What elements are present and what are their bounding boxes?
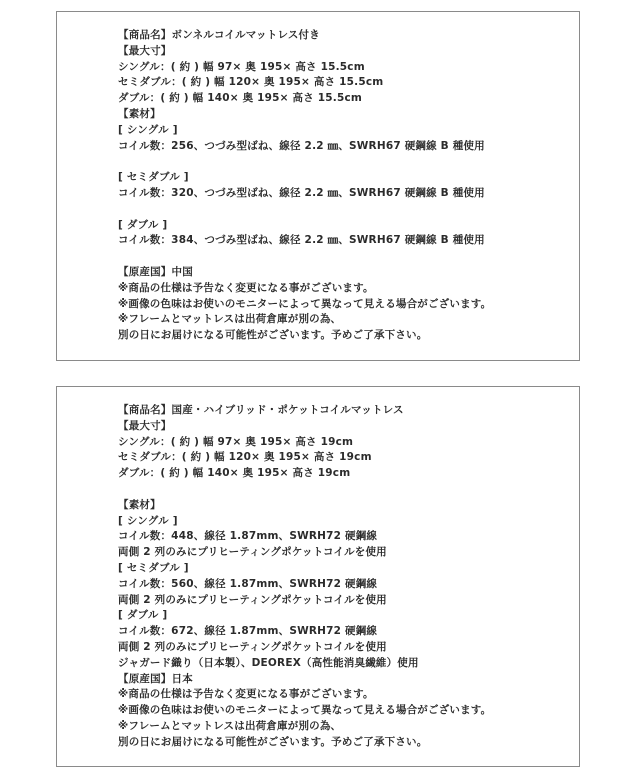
max-dimensions-header: 【最大寸】 [118,419,563,435]
dimension-double: ダブル：( 約 ) 幅 140× 奥 195× 高さ 15.5cm [118,91,563,107]
notice-warehouse: ※フレームとマットレスは出荷倉庫が別の為、 [118,719,563,735]
blank-line [118,482,563,498]
material-single-coil-spec: コイル数：256、つづみ型ばね、線径 2.2 ㎜、SWRH67 硬鋼線 B 種使… [118,139,563,155]
material-double-label: [ ダブル ] [118,218,563,234]
origin-line: 【原産国】日本 [118,672,563,688]
dimension-double: ダブル：( 約 ) 幅 140× 奥 195× 高さ 19cm [118,466,563,482]
pocket-coil-mattress-spec-box: 【商品名】国産・ハイブリッド・ポケットコイルマットレス 【最大寸】 シングル：(… [56,386,580,767]
material-header: 【素材】 [118,107,563,123]
notice-delivery: 別の日にお届けになる可能性がございます。予めご了承下さい。 [118,328,563,344]
blank-line [118,249,563,265]
material-semidouble-label: [ セミダブル ] [118,170,563,186]
material-double-coil-spec: コイル数：672、線径 1.87mm、SWRH72 硬鋼線 [118,624,563,640]
material-double-label: [ ダブル ] [118,608,563,624]
product-name-line: 【商品名】ボンネルコイルマットレス付き [118,28,563,44]
max-dimensions-header: 【最大寸】 [118,44,563,60]
bonnell-mattress-spec-box: 【商品名】ボンネルコイルマットレス付き 【最大寸】 シングル：( 約 ) 幅 9… [56,11,580,361]
material-semidouble-coil-spec: コイル数：560、線径 1.87mm、SWRH72 硬鋼線 [118,577,563,593]
product-name-line: 【商品名】国産・ハイブリッド・ポケットコイルマットレス [118,403,563,419]
notice-spec-change: ※商品の仕様は予告なく変更になる事がございます。 [118,687,563,703]
blank-line [118,202,563,218]
material-double-pocket-coil: 両側 2 列のみにプリヒーティングポケットコイルを使用 [118,640,563,656]
fabric-line: ジャガード織り（日本製）、DEOREX（高性能消臭繊維）使用 [118,656,563,672]
material-semidouble-coil-spec: コイル数：320、つづみ型ばね、線径 2.2 ㎜、SWRH67 硬鋼線 B 種使… [118,186,563,202]
material-single-coil-spec: コイル数：448、線径 1.87mm、SWRH72 硬鋼線 [118,529,563,545]
notice-delivery: 別の日にお届けになる可能性がございます。予めご了承下さい。 [118,735,563,751]
dimension-single: シングル：( 約 ) 幅 97× 奥 195× 高さ 15.5cm [118,60,563,76]
notice-warehouse: ※フレームとマットレスは出荷倉庫が別の為、 [118,312,563,328]
material-single-label: [ シングル ] [118,514,563,530]
dimension-semidouble: セミダブル：( 約 ) 幅 120× 奥 195× 高さ 15.5cm [118,75,563,91]
dimension-single: シングル：( 約 ) 幅 97× 奥 195× 高さ 19cm [118,435,563,451]
notice-monitor-color: ※画像の色味はお使いのモニターによって異なって見える場合がございます。 [118,703,563,719]
product-spec-page: 【商品名】ボンネルコイルマットレス付き 【最大寸】 シングル：( 約 ) 幅 9… [0,0,640,778]
origin-line: 【原産国】中国 [118,265,563,281]
dimension-semidouble: セミダブル：( 約 ) 幅 120× 奥 195× 高さ 19cm [118,450,563,466]
material-single-label: [ シングル ] [118,123,563,139]
notice-monitor-color: ※画像の色味はお使いのモニターによって異なって見える場合がございます。 [118,297,563,313]
blank-line [118,154,563,170]
material-double-coil-spec: コイル数：384、つづみ型ばね、線径 2.2 ㎜、SWRH67 硬鋼線 B 種使… [118,233,563,249]
material-single-pocket-coil: 両側 2 列のみにプリヒーティングポケットコイルを使用 [118,545,563,561]
notice-spec-change: ※商品の仕様は予告なく変更になる事がございます。 [118,281,563,297]
material-header: 【素材】 [118,498,563,514]
material-semidouble-label: [ セミダブル ] [118,561,563,577]
material-semidouble-pocket-coil: 両側 2 列のみにプリヒーティングポケットコイルを使用 [118,593,563,609]
